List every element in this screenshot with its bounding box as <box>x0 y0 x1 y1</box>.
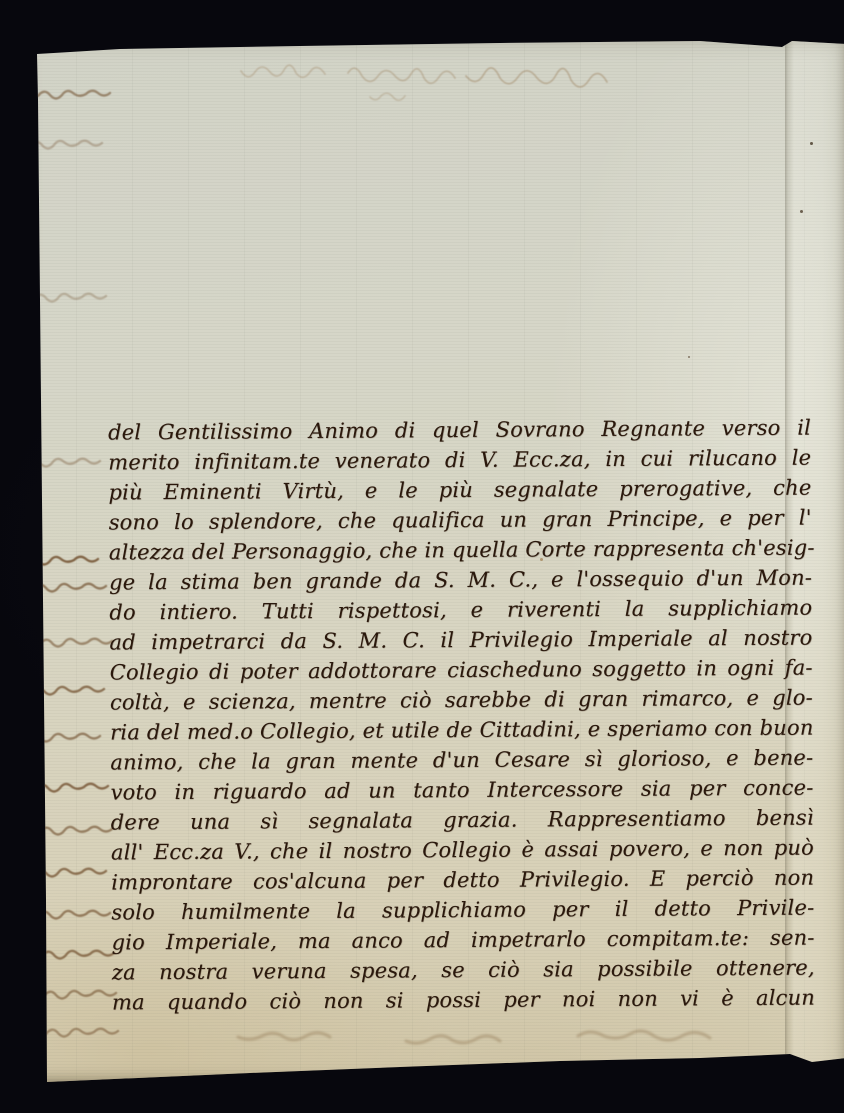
manuscript-line: voto in riguardo ad un tanto Intercessor… <box>110 773 813 808</box>
manuscript-line: coltà, e scienza, mentre ciò sarebbe di … <box>110 683 813 718</box>
manuscript-line: ge la stima ben grande da S. M. C., e l'… <box>109 563 812 598</box>
manuscript-line: za nostra veruna spesa, se ciò sia possi… <box>112 953 815 988</box>
manuscript-line: sono lo splendore, che qualifica un gran… <box>109 503 812 538</box>
manuscript-line: gio Imperiale, ma anco ad impetrarlo com… <box>111 923 814 958</box>
manuscript-line: animo, che la gran mente d'un Cesare sì … <box>110 743 813 778</box>
ink-showthrough-top-icon <box>205 44 615 114</box>
manuscript-line: del Gentilissimo Animo di quel Sovrano R… <box>108 413 811 448</box>
manuscript-line: do intiero. Tutti rispettosi, e riverent… <box>109 593 812 628</box>
manuscript-line: altezza del Personaggio, che in quella C… <box>109 533 812 568</box>
paper-sheet: del Gentilissimo Animo di quel Sovrano R… <box>20 38 844 1085</box>
manuscript-line: all' Ecc.za V., che il nostro Collegio è… <box>111 833 814 868</box>
scan-background: del Gentilissimo Animo di quel Sovrano R… <box>0 0 844 1113</box>
manuscript-line: solo humilmente la supplichiamo per il d… <box>111 893 814 928</box>
manuscript-line: Collegio di poter addottorare ciaschedun… <box>110 653 813 688</box>
foxing-speck <box>688 356 690 358</box>
manuscript-line: ma quando ciò non si possi per noi non v… <box>112 983 815 1018</box>
manuscript-line: ria del med.o Collegio, et utile de Citt… <box>110 713 813 748</box>
manuscript-text-block: del Gentilissimo Animo di quel Sovrano R… <box>108 413 815 1018</box>
manuscript-line: più Eminenti Virtù, e le più segnalate p… <box>108 473 811 508</box>
ink-showthrough-bottom-icon <box>130 1013 730 1063</box>
manuscript-line: ad impetrarci da S. M. C. il Privilegio … <box>109 623 812 658</box>
manuscript-line: improntare cos'alcuna per detto Privileg… <box>111 863 814 898</box>
manuscript-line: dere una sì segnalata grazia. Rappresent… <box>111 803 814 838</box>
manuscript-line: merito infinitam.te venerato di V. Ecc.z… <box>108 443 811 478</box>
